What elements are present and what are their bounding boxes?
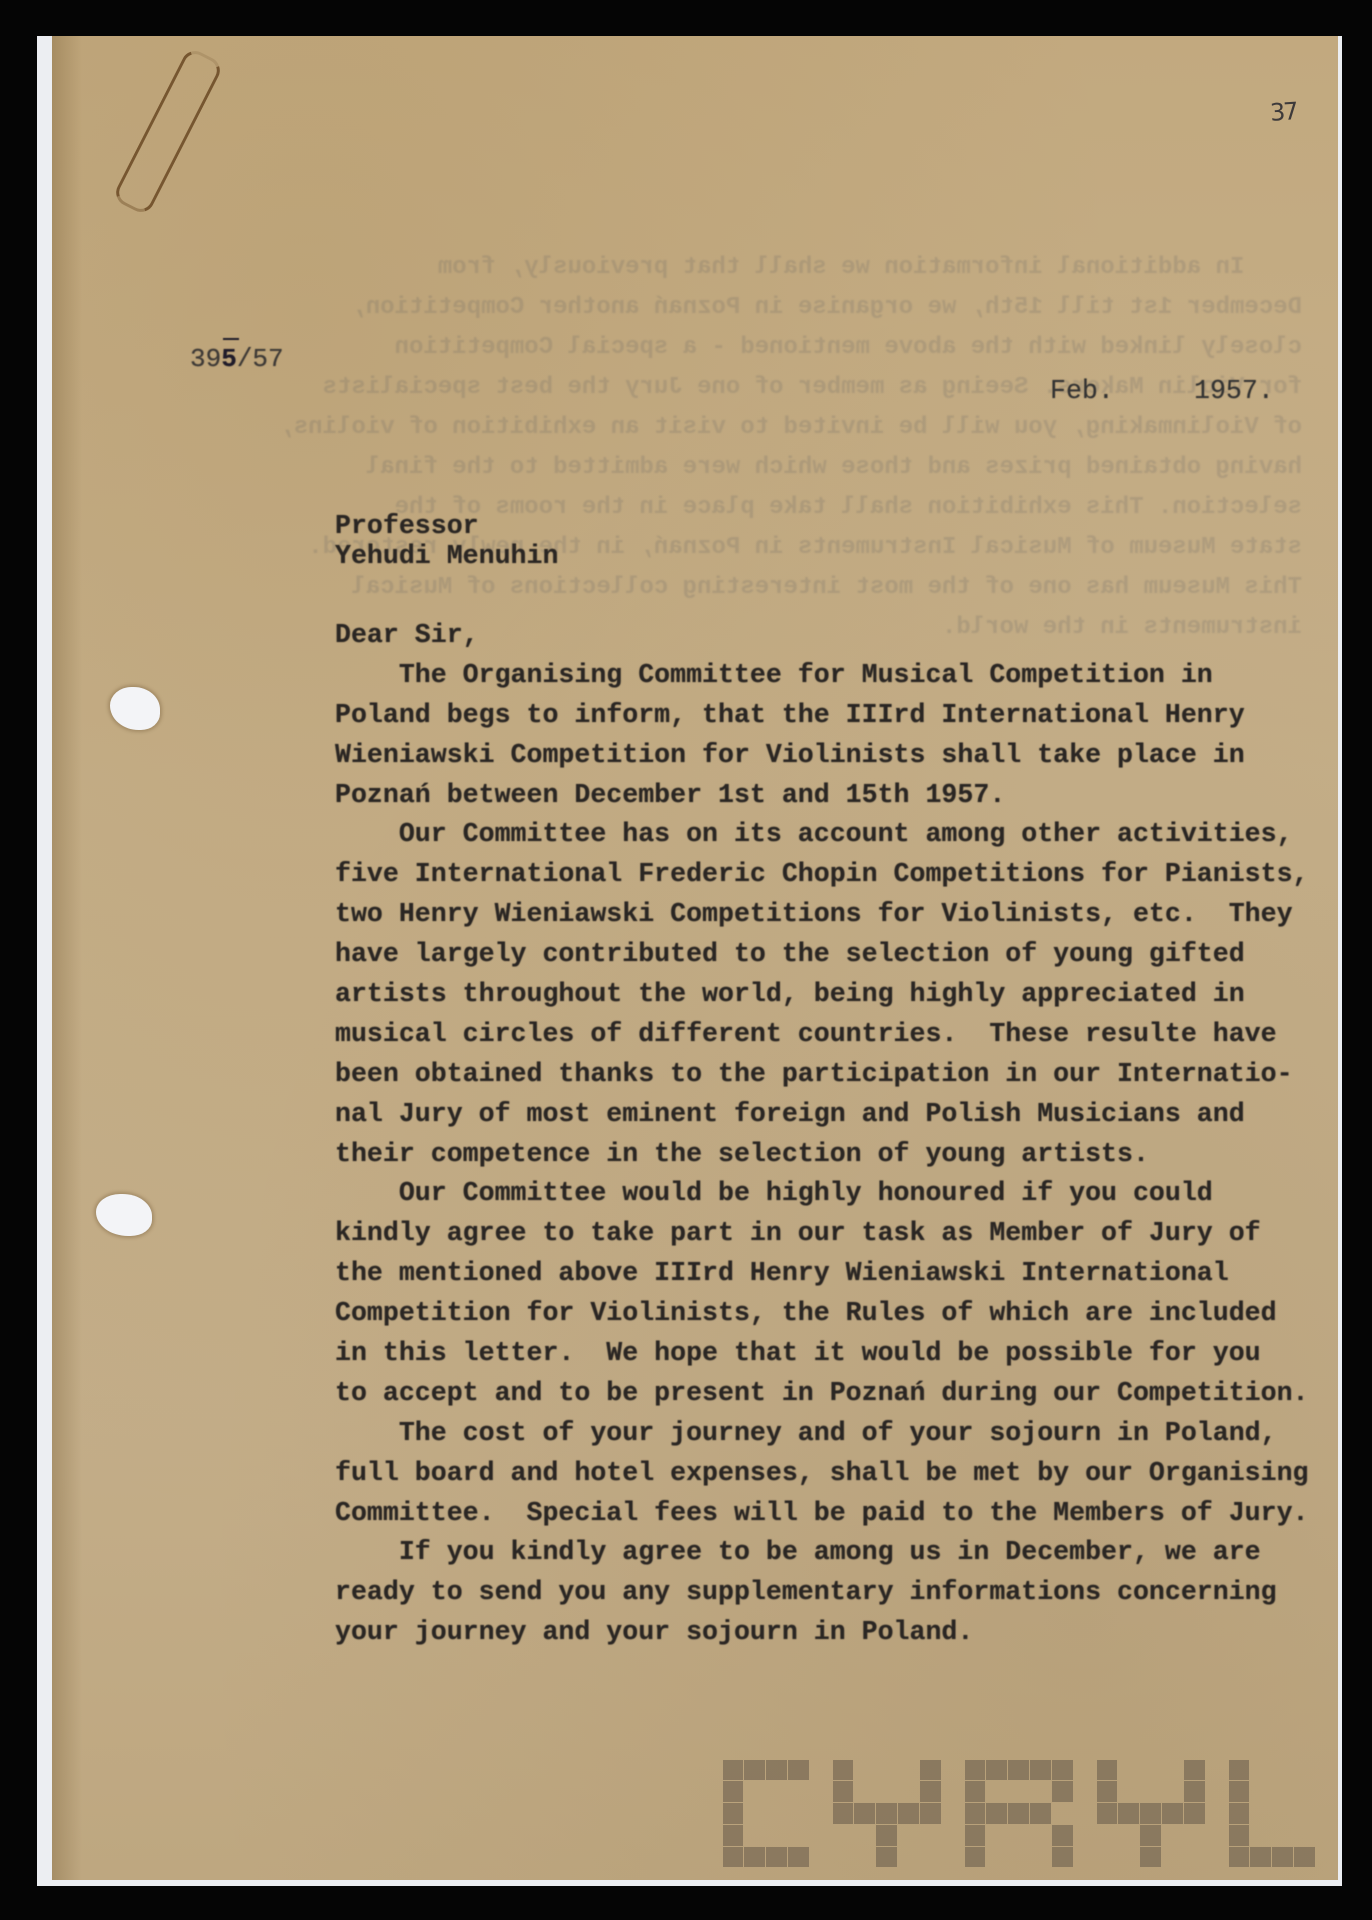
body-line: Poznań between December 1st and 15th 195…: [335, 776, 1309, 816]
watermark-cell: [1052, 1847, 1073, 1868]
watermark-cell: [1052, 1760, 1073, 1781]
watermark-cell: [1030, 1760, 1051, 1781]
reference-handwritten-digit: 5: [221, 344, 237, 374]
watermark-cell: [1097, 1760, 1118, 1781]
watermark-cell: [744, 1847, 765, 1868]
watermark-cell: [1097, 1803, 1118, 1824]
body-line: ready to send you any supplementary info…: [335, 1573, 1309, 1613]
watermark-cell: [833, 1847, 854, 1868]
watermark-cell: [1272, 1760, 1293, 1781]
watermark-cell: [854, 1781, 875, 1802]
body-line: have largely contributed to the selectio…: [335, 935, 1309, 975]
body-line: Poland begs to inform, that the IIIrd In…: [335, 696, 1309, 736]
watermark-cell: [1140, 1781, 1161, 1802]
watermark-cell: [898, 1803, 919, 1824]
watermark-cell: [1272, 1825, 1293, 1846]
watermark-cell: [920, 1760, 941, 1781]
body-line: been obtained thanks to the participatio…: [335, 1055, 1309, 1095]
watermark-cell: [766, 1781, 787, 1802]
watermark-cell: [965, 1803, 986, 1824]
watermark-cell: [766, 1803, 787, 1824]
watermark-cell: [723, 1760, 744, 1781]
reference-suffix: /57: [237, 344, 284, 374]
watermark-cell: [744, 1760, 765, 1781]
watermark-cell: [920, 1825, 941, 1846]
watermark-cell: [788, 1803, 809, 1824]
date-month: Feb.: [1050, 376, 1114, 406]
body-line: nal Jury of most eminent foreign and Pol…: [335, 1095, 1309, 1135]
watermark-cell: [1052, 1781, 1073, 1802]
watermark-cell: [965, 1781, 986, 1802]
watermark-cell: [1008, 1847, 1029, 1868]
watermark-cell: [766, 1825, 787, 1846]
body-line: artists throughout the world, being high…: [335, 975, 1309, 1015]
watermark-cell: [1097, 1847, 1118, 1868]
punch-hole-bottom: [96, 1194, 152, 1236]
body-line: to accept and to be present in Poznań du…: [335, 1374, 1309, 1414]
body-line: your journey and your sojourn in Poland.: [335, 1613, 1309, 1653]
watermark-cell: [1118, 1825, 1139, 1846]
watermark-letter-l: [1228, 1759, 1315, 1868]
body-line: Competition for Violinists, the Rules of…: [335, 1294, 1309, 1334]
watermark-cell: [1184, 1847, 1205, 1868]
watermark-cell: [1052, 1825, 1073, 1846]
reference-prefix: 39: [190, 344, 221, 374]
watermark-cell: [1184, 1825, 1205, 1846]
watermark-cell: [833, 1781, 854, 1802]
watermark-cell: [1008, 1825, 1029, 1846]
watermark-cell: [1030, 1781, 1051, 1802]
watermark-letter-y: [1096, 1759, 1205, 1868]
watermark-cell: [1140, 1760, 1161, 1781]
watermark-cell: [986, 1781, 1007, 1802]
watermark-cell: [898, 1825, 919, 1846]
watermark-cell: [1272, 1847, 1293, 1868]
watermark-cell: [876, 1781, 897, 1802]
watermark-cell: [1229, 1847, 1250, 1868]
watermark-cell: [876, 1803, 897, 1824]
watermark-cell: [1272, 1803, 1293, 1824]
watermark-cell: [920, 1781, 941, 1802]
watermark-cell: [788, 1825, 809, 1846]
watermark-cell: [898, 1781, 919, 1802]
watermark-cell: [1097, 1781, 1118, 1802]
watermark-cell: [1030, 1825, 1051, 1846]
watermark-cell: [1294, 1760, 1315, 1781]
watermark-cell: [1008, 1781, 1029, 1802]
bleed-through-text: In additional information we shall that …: [142, 248, 1302, 648]
body-line: Our Committee would be highly honoured i…: [335, 1174, 1309, 1214]
watermark-cell: [1052, 1803, 1073, 1824]
page-edge-shadow: [52, 36, 82, 1880]
watermark-letter-y: [832, 1759, 941, 1868]
watermark-cell: [1140, 1825, 1161, 1846]
body-line: The cost of your journey and of your soj…: [335, 1414, 1309, 1454]
body-line: their competence in the selection of you…: [335, 1135, 1309, 1175]
watermark-cell: [1162, 1781, 1183, 1802]
body-line: Wieniawski Competition for Violinists sh…: [335, 736, 1309, 776]
watermark-cell: [744, 1803, 765, 1824]
watermark-cell: [744, 1825, 765, 1846]
watermark-cell: [965, 1760, 986, 1781]
recipient-name: Yehudi Menuhin: [335, 541, 558, 571]
watermark-cell: [854, 1760, 875, 1781]
watermark-cell: [1008, 1760, 1029, 1781]
watermark-cell: [1294, 1781, 1315, 1802]
folio-number: 37: [1269, 97, 1297, 127]
watermark-cell: [1184, 1781, 1205, 1802]
watermark-cell: [920, 1847, 941, 1868]
watermark-cell: [1229, 1760, 1250, 1781]
body-line: The Organising Committee for Musical Com…: [335, 656, 1309, 696]
watermark-cell: [1118, 1847, 1139, 1868]
body-line: the mentioned above IIIrd Henry Wieniaws…: [335, 1254, 1309, 1294]
body-line: two Henry Wieniawski Competitions for Vi…: [335, 895, 1309, 935]
watermark-cell: [723, 1781, 744, 1802]
body-line: in this letter. We hope that it would be…: [335, 1334, 1309, 1374]
watermark-cell: [1272, 1781, 1293, 1802]
body-line: Our Committee has on its account among o…: [335, 815, 1309, 855]
watermark-cell: [723, 1825, 744, 1846]
watermark-cell: [1229, 1781, 1250, 1802]
watermark-cell: [898, 1847, 919, 1868]
watermark-cell: [876, 1825, 897, 1846]
watermark-cell: [920, 1803, 941, 1824]
watermark-cell: [1250, 1803, 1271, 1824]
watermark-cell: [986, 1825, 1007, 1846]
watermark-cell: [1162, 1847, 1183, 1868]
watermark-cell: [1162, 1760, 1183, 1781]
watermark-cell: [1229, 1803, 1250, 1824]
watermark-cell: [1097, 1825, 1118, 1846]
watermark-cell: [876, 1847, 897, 1868]
watermark-cell: [1184, 1803, 1205, 1824]
watermark-cell: [986, 1760, 1007, 1781]
recipient-title: Professor: [335, 511, 479, 541]
watermark-cell: [854, 1825, 875, 1846]
watermark-cell: [1162, 1803, 1183, 1824]
watermark-cell: [833, 1760, 854, 1781]
paperclip-mark: [111, 46, 224, 217]
watermark-cell: [876, 1760, 897, 1781]
watermark-letter-r: [964, 1759, 1073, 1868]
letter-page: 37 In additional information we shall th…: [52, 36, 1338, 1880]
watermark-cell: [1294, 1847, 1315, 1868]
salutation: Dear Sir,: [335, 616, 1309, 656]
watermark-cell: [1250, 1760, 1271, 1781]
watermark-cell: [1030, 1847, 1051, 1868]
watermark-cell: [1140, 1847, 1161, 1868]
date-year: 1957.: [1194, 376, 1274, 406]
watermark-cell: [833, 1825, 854, 1846]
watermark-cell: [1229, 1825, 1250, 1846]
watermark-cell: [1294, 1803, 1315, 1824]
watermark-cell: [1250, 1847, 1271, 1868]
watermark-cell: [898, 1760, 919, 1781]
watermark-cell: [744, 1781, 765, 1802]
watermark-letter-c: [722, 1759, 809, 1868]
watermark-cell: [766, 1847, 787, 1868]
watermark-cell: [788, 1781, 809, 1802]
watermark-cell: [833, 1803, 854, 1824]
watermark-cell: [1118, 1781, 1139, 1802]
watermark-cell: [766, 1760, 787, 1781]
watermark-cell: [854, 1803, 875, 1824]
watermark-cell: [1008, 1803, 1029, 1824]
body-line: musical circles of different countries. …: [335, 1015, 1309, 1055]
watermark-cell: [986, 1847, 1007, 1868]
watermark-cell: [965, 1825, 986, 1846]
body-line: five International Frederic Chopin Compe…: [335, 855, 1309, 895]
reference-number: 395/57: [190, 344, 284, 374]
watermark-cell: [788, 1760, 809, 1781]
cyryl-watermark-logo: [722, 1759, 1315, 1868]
letter-body: Dear Sir, The Organising Committee for M…: [335, 616, 1309, 1653]
watermark-cell: [965, 1847, 986, 1868]
watermark-cell: [1162, 1825, 1183, 1846]
watermark-cell: [1030, 1803, 1051, 1824]
watermark-cell: [1140, 1803, 1161, 1824]
body-line: Committee. Special fees will be paid to …: [335, 1494, 1309, 1534]
watermark-cell: [1250, 1825, 1271, 1846]
watermark-cell: [1184, 1760, 1205, 1781]
watermark-cell: [788, 1847, 809, 1868]
watermark-cell: [986, 1803, 1007, 1824]
watermark-cell: [723, 1847, 744, 1868]
watermark-cell: [854, 1847, 875, 1868]
body-line: kindly agree to take part in our task as…: [335, 1214, 1309, 1254]
watermark-cell: [1250, 1781, 1271, 1802]
punch-hole-top: [110, 687, 160, 730]
body-line: If you kindly agree to be among us in De…: [335, 1533, 1309, 1573]
watermark-cell: [1294, 1825, 1315, 1846]
watermark-cell: [723, 1803, 744, 1824]
watermark-cell: [1118, 1803, 1139, 1824]
watermark-cell: [1118, 1760, 1139, 1781]
body-paragraphs: The Organising Committee for Musical Com…: [335, 656, 1309, 1653]
body-line: full board and hotel expenses, shall be …: [335, 1454, 1309, 1494]
